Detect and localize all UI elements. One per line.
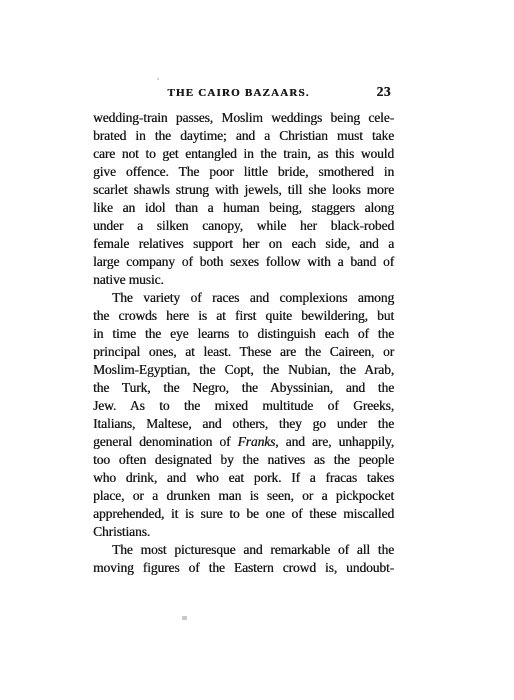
- text-line: Jew. As to the mixed multitude of Greeks…: [93, 397, 394, 415]
- text-line: scarlet shawls strung with jewels, till …: [93, 181, 394, 199]
- text-line: the crowds here is at first quite bewild…: [93, 307, 394, 325]
- text-line: brated in the daytime; and a Christian m…: [93, 127, 394, 145]
- text-line: native music.: [93, 271, 394, 289]
- text-line: female relatives support her on each sid…: [93, 235, 394, 253]
- text-line: wedding-train passes, Moslim weddings be…: [93, 109, 394, 127]
- scan-speck: [157, 78, 159, 80]
- text-line: the Turk, the Negro, the Abyssinian, and…: [93, 379, 394, 397]
- text-line: principal ones, at least. These are the …: [93, 343, 394, 361]
- body-text: wedding-train passes, Moslim weddings be…: [93, 109, 394, 577]
- text-line: too often designated by the natives as t…: [93, 451, 394, 469]
- text-line: The most picturesque and remarkable of a…: [93, 541, 394, 559]
- text-line: under a silken canopy, while her black-r…: [93, 217, 394, 235]
- text-line: general denomination of Franks, and are,…: [93, 433, 394, 451]
- text-line: moving figures of the Eastern crowd is, …: [93, 559, 394, 577]
- text-line: give offence. The poor little bride, smo…: [93, 163, 394, 181]
- text-line: place, or a drunken man is seen, or a pi…: [93, 487, 394, 505]
- text-line: who drink, and who eat pork. If a fracas…: [93, 469, 394, 487]
- page-number: 23: [377, 84, 392, 100]
- scan-speck: [182, 616, 187, 620]
- text-line: Christians.: [93, 523, 394, 541]
- book-page: THE CAIRO BAZAARS. 23 wedding-train pass…: [0, 0, 514, 700]
- text-line: apprehended, it is sure to be one of the…: [93, 505, 394, 523]
- text-line: care not to get entangled in the train, …: [93, 145, 394, 163]
- italic-text: Franks: [238, 434, 276, 449]
- running-head-title: THE CAIRO BAZAARS.: [93, 87, 384, 99]
- text-line: large company of both sexes follow with …: [93, 253, 394, 271]
- text-line: The variety of races and complexions amo…: [93, 289, 394, 307]
- text-line: like an idol than a human being, stagger…: [93, 199, 394, 217]
- text-line: Moslim-Egyptian, the Copt, the Nubian, t…: [93, 361, 394, 379]
- page-header: THE CAIRO BAZAARS. 23: [93, 84, 394, 102]
- text-line: in time the eye learns to distinguish ea…: [93, 325, 394, 343]
- text-line: Italians, Maltese, and others, they go u…: [93, 415, 394, 433]
